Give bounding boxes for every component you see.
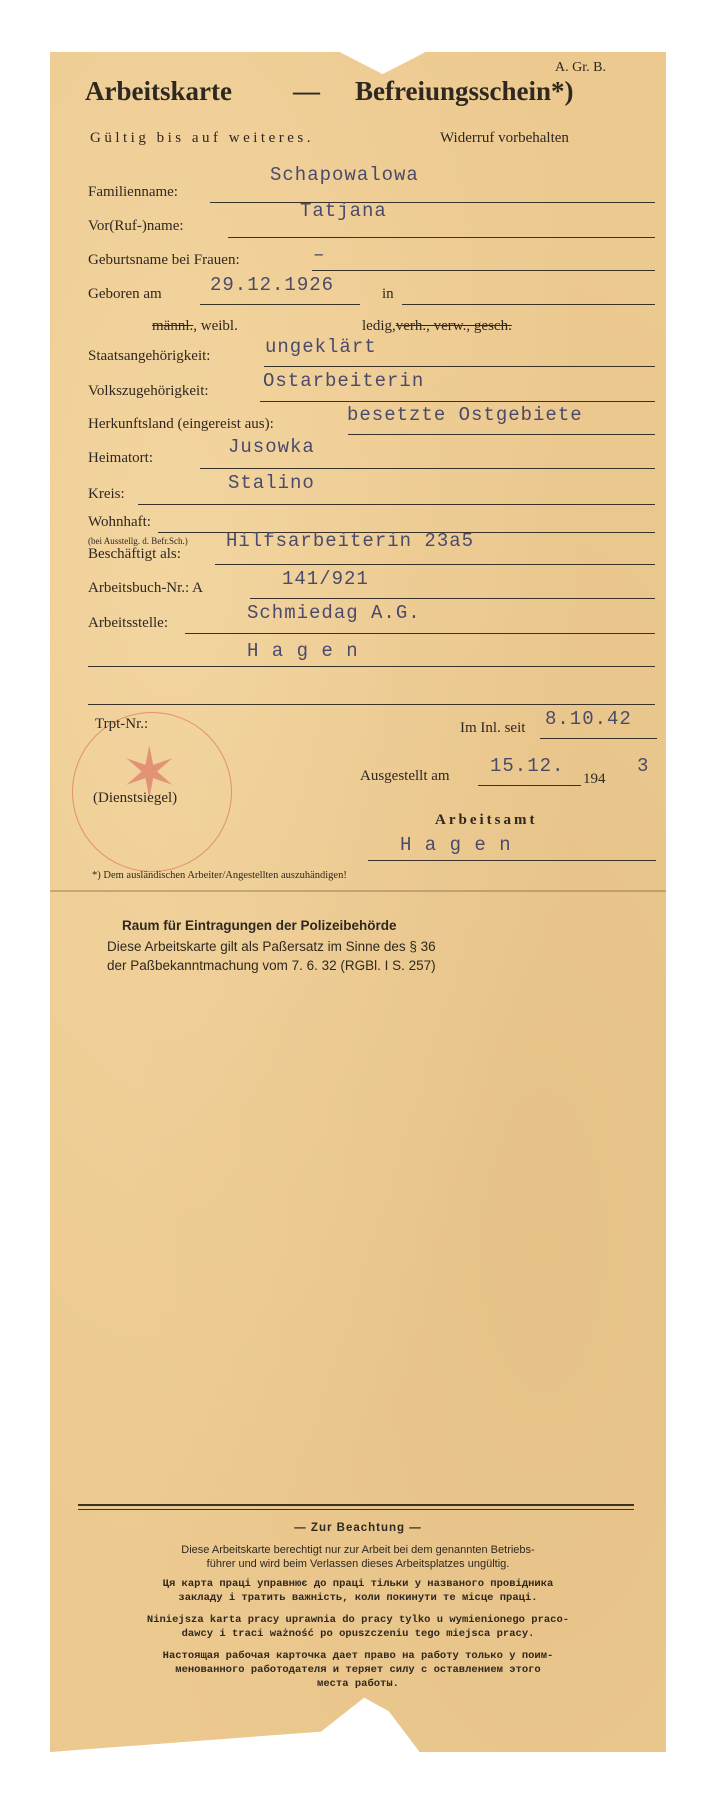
issued-label: Ausgestellt am (360, 768, 450, 785)
police-line1: Diese Arbeitskarte gilt als Paßersatz im… (107, 939, 436, 954)
issued-value: 15.12. (490, 755, 564, 777)
notice-polish-2: dawcy i traci ważność po opuszczeniu teg… (50, 1628, 666, 1640)
arbeitsstelle-value: Schmiedag A.G. (247, 602, 421, 624)
herkunftsland-value: besetzte Ostgebiete (347, 404, 583, 426)
vorname-value: Tatjana (300, 200, 387, 222)
double-rule-top (78, 1504, 634, 1506)
inland-value: 8.10.42 (545, 708, 632, 730)
trpt-label: Trpt-Nr.: (95, 716, 148, 733)
sex-options: männl., weibl. (152, 318, 238, 335)
arbeitsbuch-value: 141/921 (282, 568, 369, 590)
title-befreiungsschein: Befreiungsschein*) (355, 76, 574, 107)
revocation-text: Widerruf vorbehalten (440, 130, 569, 147)
staatsangehoerigkeit-label: Staatsangehörigkeit: (88, 348, 210, 365)
herkunftsland-line (348, 434, 655, 435)
double-rule-bottom (78, 1509, 634, 1510)
beschaeftigt-value: Hilfsarbeiterin 23a5 (226, 530, 474, 552)
kreis-line (138, 504, 655, 505)
blank-line (88, 704, 655, 705)
notice-ukrainian-1: Ця карта праці управнює до праці тільки … (50, 1578, 666, 1590)
notice-title: — Zur Beachtung — (50, 1522, 666, 1534)
geburtsname-value: – (313, 244, 325, 266)
notice-german-1: Diese Arbeitskarte berechtigt nur zur Ar… (50, 1544, 666, 1556)
arbeitsstelle-line2 (88, 666, 655, 667)
geburtsname-line (312, 270, 655, 271)
year-suffix: 3 (637, 755, 649, 777)
kreis-value: Stalino (228, 472, 315, 494)
beschaeftigt-line (215, 564, 655, 565)
police-title: Raum für Eintragungen der Polizeibehörde (122, 918, 397, 933)
volkszugehoerigkeit-line (260, 401, 655, 402)
inland-label: Im Inl. seit (460, 720, 525, 737)
inland-line (540, 738, 657, 739)
notice-russian-2: менованного работодателя и теряет силу с… (50, 1664, 666, 1676)
marital-other-struck: verh., verw., gesch. (396, 318, 512, 334)
familienname-line (210, 202, 655, 203)
footnote: *) Dem ausländischen Arbeiter/Angestellt… (92, 870, 347, 881)
geboren-value: 29.12.1926 (210, 274, 334, 296)
issued-line (478, 785, 581, 786)
validity-text: Gültig bis auf weiteres. (90, 130, 314, 147)
familienname-value: Schapowalowa (270, 164, 419, 186)
geboren-in-line (402, 304, 655, 305)
wohnhaft-label: Wohnhaft: (88, 514, 151, 531)
office-line (368, 860, 656, 861)
series-code: A. Gr. B. (555, 60, 606, 76)
heimatort-value: Jusowka (228, 436, 315, 458)
notice-russian-3: места работы. (50, 1678, 666, 1690)
staatsangehoerigkeit-value: ungeklärt (265, 336, 377, 358)
arbeitsstelle-value-line2: H a g e n (247, 640, 359, 662)
office-label: Arbeitsamt (435, 812, 537, 829)
geboren-line (200, 304, 360, 305)
herkunftsland-label: Herkunftsland (eingereist aus): (88, 416, 274, 433)
volkszugehoerigkeit-label: Volkszugehörigkeit: (88, 383, 209, 400)
year-prefix: 194 (583, 771, 606, 788)
seal-label: (Dienstsiegel) (93, 790, 177, 807)
arbeitsstelle-line (185, 633, 655, 634)
staatsangehoerigkeit-line (264, 366, 655, 367)
notice-polish-1: Niniejsza karta pracy uprawnia do pracy … (50, 1614, 666, 1626)
title-arbeitskarte: Arbeitskarte (85, 76, 232, 107)
notice-russian-1: Настоящая рабочая карточка дает право на… (50, 1650, 666, 1662)
police-line2: der Paßbekanntmachung vom 7. 6. 32 (RGBl… (107, 958, 436, 973)
heimatort-label: Heimatort: (88, 450, 153, 467)
notice-german-2: führer und wird beim Verlassen dieses Ar… (50, 1558, 666, 1570)
kreis-label: Kreis: (88, 486, 125, 503)
geboren-in-label: in (382, 286, 394, 303)
notice-ukrainian-2: закладу і тратить важність, коли покинут… (50, 1592, 666, 1604)
vorname-label: Vor(Ruf-)name: (88, 218, 184, 235)
fold-line (50, 890, 666, 892)
beschaeftigt-note: (bei Ausstellg. d. Befr.Sch.) (88, 536, 188, 546)
arbeitsstelle-label: Arbeitsstelle: (88, 615, 168, 632)
geburtsname-label: Geburtsname bei Frauen: (88, 252, 240, 269)
arbeitskarte-document: A. Gr. B. Arbeitskarte — Befreiungsschei… (50, 52, 666, 1752)
arbeitsbuch-label: Arbeitsbuch-Nr.: A (88, 580, 203, 597)
familienname-label: Familienname: (88, 184, 178, 201)
title-dash: — (293, 76, 320, 107)
beschaeftigt-label: Beschäftigt als: (88, 546, 181, 563)
office-value: H a g e n (400, 834, 512, 856)
arbeitsbuch-line (250, 598, 655, 599)
sex-female: weibl. (201, 318, 238, 334)
sex-male-struck: männl. (152, 318, 193, 334)
vorname-line (228, 237, 655, 238)
geboren-label: Geboren am (88, 286, 162, 303)
volkszugehoerigkeit-value: Ostarbeiterin (263, 370, 424, 392)
marital-single: ledig, (362, 318, 396, 334)
marital-options: ledig,verh., verw., gesch. (362, 318, 512, 335)
heimatort-line (200, 468, 655, 469)
